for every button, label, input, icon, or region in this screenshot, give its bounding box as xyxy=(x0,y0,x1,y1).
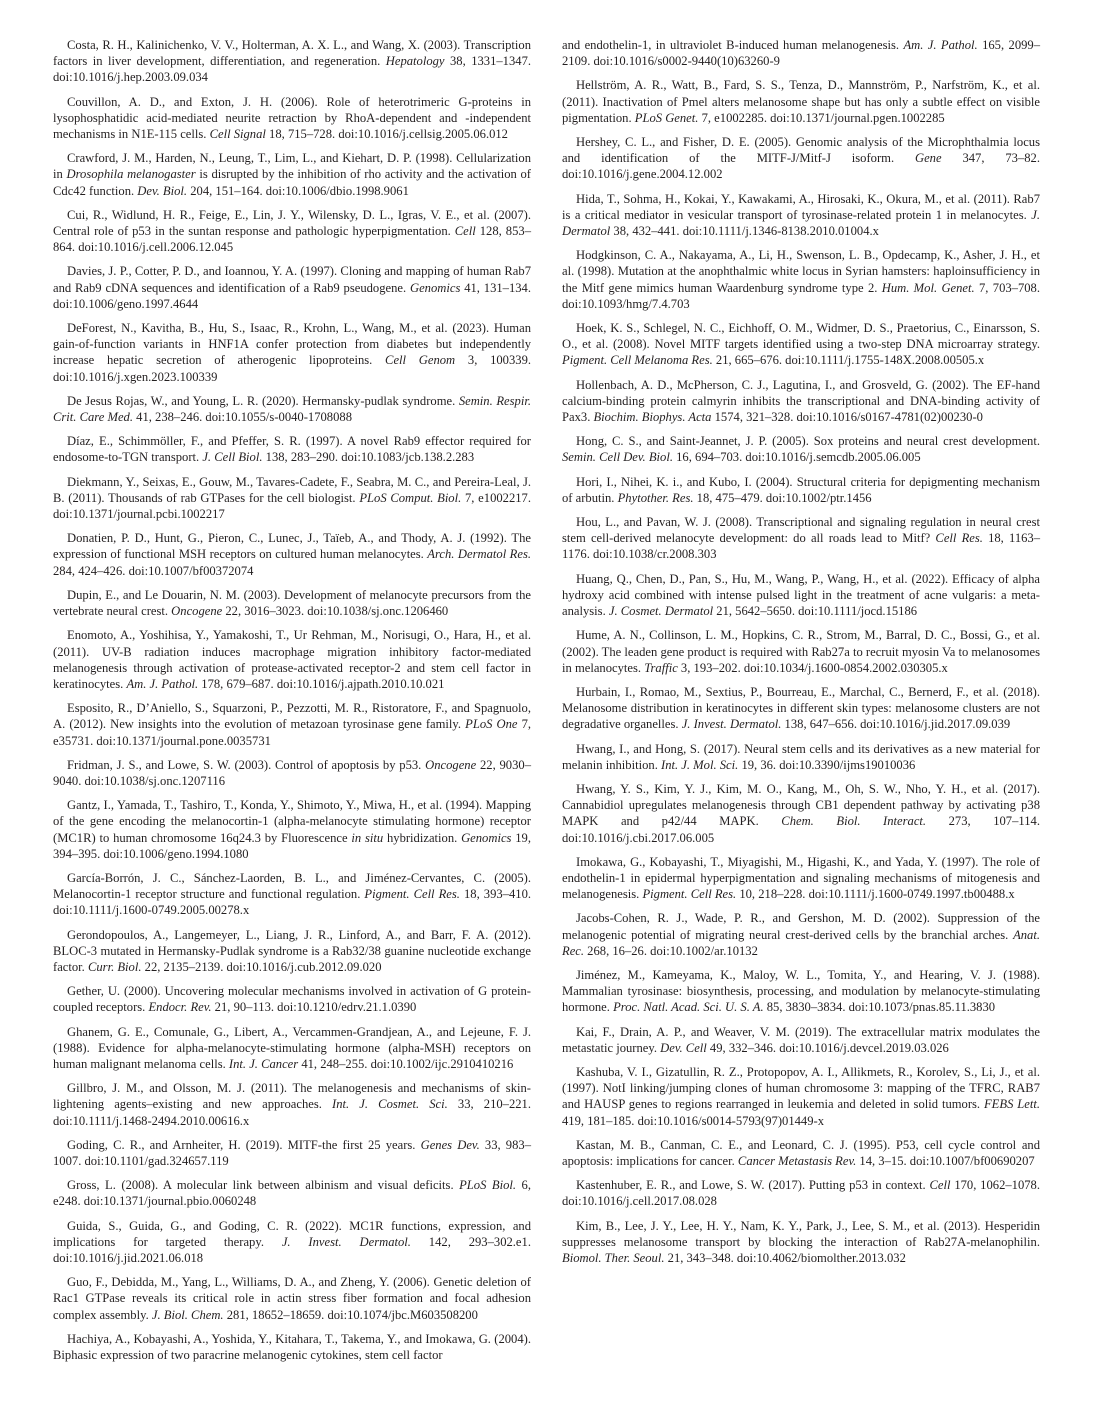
reference-journal: Oncogene xyxy=(171,604,222,618)
reference-volume-doi: 38, 432–441. doi:10.1111/j.1346-8138.201… xyxy=(610,224,879,238)
reference-text: Esposito, R., D’Aniello, S., Squarzoni, … xyxy=(53,701,531,731)
reference-volume-doi: 21, 665–676. doi:10.1111/j.1755-148X.200… xyxy=(713,353,984,367)
reference-entry: Imokawa, G., Kobayashi, T., Miyagishi, M… xyxy=(562,854,1040,903)
reference-entry: Diekmann, Y., Seixas, E., Gouw, M., Tava… xyxy=(53,474,531,523)
reference-text: Hachiya, A., Kobayashi, A., Yoshida, Y.,… xyxy=(53,1332,531,1362)
reference-entry: Hume, A. N., Collinson, L. M., Hopkins, … xyxy=(562,627,1040,676)
reference-volume-doi: 419, 181–185. doi:10.1016/s0014-5793(97)… xyxy=(562,1114,824,1128)
reference-volume-doi: 21, 343–348. doi:10.4062/biomolther.2013… xyxy=(665,1251,906,1265)
reference-entry: and endothelin-1, in ultraviolet B-induc… xyxy=(562,37,1040,69)
reference-entry: Dupin, E., and Le Douarin, N. M. (2003).… xyxy=(53,587,531,619)
reference-journal: Biochim. Biophys. Acta xyxy=(593,410,711,424)
reference-journal: Traffic xyxy=(644,661,678,675)
reference-text: Gross, L. (2008). A molecular link betwe… xyxy=(67,1178,459,1192)
reference-volume-doi: 21, 90–113. doi:10.1210/edrv.21.1.0390 xyxy=(212,1000,417,1014)
reference-italic-term: Drosophila melanogaster xyxy=(67,167,196,181)
reference-journal: Genomics xyxy=(410,281,460,295)
reference-entry: Gerondopoulos, A., Langemeyer, L., Liang… xyxy=(53,927,531,976)
reference-volume-doi: 21, 5642–5650. doi:10.1111/jocd.15186 xyxy=(713,604,917,618)
reference-journal: Arch. Dermatol Res. xyxy=(427,547,531,561)
reference-journal: J. Cell Biol. xyxy=(202,450,262,464)
reference-journal: FEBS Lett. xyxy=(984,1097,1040,1111)
reference-volume-doi: 18, 475–479. doi:10.1002/ptr.1456 xyxy=(694,491,872,505)
reference-volume-doi: 22, 2135–2139. doi:10.1016/j.cub.2012.09… xyxy=(142,960,382,974)
reference-volume-doi: 204, 151–164. doi:10.1006/dbio.1998.9061 xyxy=(187,184,409,198)
reference-journal: Int. J. Cancer xyxy=(229,1057,298,1071)
reference-journal: Gene xyxy=(915,151,942,165)
reference-journal: Pigment. Cell Res. xyxy=(364,887,460,901)
reference-journal: Biomol. Ther. Seoul. xyxy=(562,1251,665,1265)
reference-journal: Cell Genom xyxy=(385,353,455,367)
reference-text: Hida, T., Sohma, H., Kokai, Y., Kawakami… xyxy=(562,192,1040,222)
reference-journal: PLoS One xyxy=(465,717,517,731)
reference-journal: J. Cosmet. Dermatol xyxy=(609,604,713,618)
reference-page: Costa, R. H., Kalinichenko, V. V., Holte… xyxy=(0,0,1100,1411)
reference-journal: Cell Res. xyxy=(935,531,983,545)
reference-journal: Hepatology xyxy=(386,54,445,68)
reference-volume-doi: 10, 218–228. doi:10.1111/j.1600-0749.199… xyxy=(736,887,1014,901)
reference-entry: Hodgkinson, C. A., Nakayama, A., Li, H.,… xyxy=(562,247,1040,312)
reference-journal: Genes Dev. xyxy=(421,1138,480,1152)
reference-entry: Ghanem, G. E., Comunale, G., Libert, A.,… xyxy=(53,1024,531,1073)
reference-volume-doi: 18, 715–728. doi:10.1016/j.cellsig.2005.… xyxy=(266,127,508,141)
reference-journal: Endocr. Rev. xyxy=(148,1000,211,1014)
reference-volume-doi: 19, 36. doi:10.3390/ijms19010036 xyxy=(738,758,915,772)
reference-journal: Chem. Biol. Interact. xyxy=(781,814,926,828)
reference-volume-doi: 284, 424–426. doi:10.1007/bf00372074 xyxy=(53,564,253,578)
reference-journal: Am. J. Pathol. xyxy=(126,677,198,691)
reference-volume-doi: 22, 3016–3023. doi:10.1038/sj.onc.120646… xyxy=(222,604,448,618)
reference-text: Hoek, K. S., Schlegel, N. C., Eichhoff, … xyxy=(562,321,1040,351)
reference-entry: Kastenhuber, E. R., and Lowe, S. W. (201… xyxy=(562,1177,1040,1209)
reference-volume-doi: 49, 332–346. doi:10.1016/j.devcel.2019.0… xyxy=(707,1041,949,1055)
reference-entry: Couvillon, A. D., and Exton, J. H. (2006… xyxy=(53,94,531,143)
reference-entry: Hong, C. S., and Saint-Jeannet, J. P. (2… xyxy=(562,433,1040,465)
reference-entry: Kastan, M. B., Canman, C. E., and Leonar… xyxy=(562,1137,1040,1169)
reference-journal: Genomics xyxy=(461,831,511,845)
reference-volume-doi: 85, 3830–3834. doi:10.1073/pnas.85.11.38… xyxy=(764,1000,995,1014)
reference-volume-doi: 138, 283–290. doi:10.1083/jcb.138.2.283 xyxy=(263,450,475,464)
reference-journal: Hum. Mol. Genet. xyxy=(882,281,975,295)
reference-journal: Phytother. Res. xyxy=(618,491,694,505)
reference-text: Hong, C. S., and Saint-Jeannet, J. P. (2… xyxy=(576,434,1040,448)
reference-entry: Crawford, J. M., Harden, N., Leung, T., … xyxy=(53,150,531,199)
reference-journal: Dev. Cell xyxy=(660,1041,707,1055)
references-right-column: and endothelin-1, in ultraviolet B-induc… xyxy=(562,37,1040,1274)
reference-entry: Esposito, R., D’Aniello, S., Squarzoni, … xyxy=(53,700,531,749)
reference-entry: Gross, L. (2008). A molecular link betwe… xyxy=(53,1177,531,1209)
reference-entry: García-Borrón, J. C., Sánchez-Laorden, B… xyxy=(53,870,531,919)
reference-journal: Cell xyxy=(930,1178,951,1192)
reference-entry: De Jesus Rojas, W., and Young, L. R. (20… xyxy=(53,393,531,425)
reference-journal: Dev. Biol. xyxy=(137,184,187,198)
reference-entry: Fridman, J. S., and Lowe, S. W. (2003). … xyxy=(53,757,531,789)
reference-text: hybridization. xyxy=(383,831,461,845)
reference-journal: Cell Signal xyxy=(210,127,266,141)
reference-entry: Hori, I., Nihei, K. i., and Kubo, I. (20… xyxy=(562,474,1040,506)
reference-journal: Pigment. Cell Res. xyxy=(642,887,736,901)
reference-entry: Hachiya, A., Kobayashi, A., Yoshida, Y.,… xyxy=(53,1331,531,1363)
reference-journal: Oncogene xyxy=(425,758,476,772)
reference-text: De Jesus Rojas, W., and Young, L. R. (20… xyxy=(67,394,459,408)
reference-text: Jacobs-Cohen, R. J., Wade, P. R., and Ge… xyxy=(562,911,1040,941)
reference-text: Kashuba, V. I., Gizatullin, R. Z., Proto… xyxy=(562,1065,1040,1111)
reference-text: Fridman, J. S., and Lowe, S. W. (2003). … xyxy=(67,758,425,772)
reference-entry: Guida, S., Guida, G., and Goding, C. R. … xyxy=(53,1218,531,1267)
reference-journal: Int. J. Cosmet. Sci. xyxy=(332,1097,448,1111)
reference-entry: Díaz, E., Schimmöller, F., and Pfeffer, … xyxy=(53,433,531,465)
reference-journal: Cancer Metastasis Rev. xyxy=(738,1154,856,1168)
reference-entry: Goding, C. R., and Arnheiter, H. (2019).… xyxy=(53,1137,531,1169)
reference-journal: Curr. Biol. xyxy=(88,960,142,974)
reference-entry: Gether, U. (2000). Uncovering molecular … xyxy=(53,983,531,1015)
reference-entry: Hwang, Y. S., Kim, Y. J., Kim, M. O., Ka… xyxy=(562,781,1040,846)
reference-volume-doi: 3, 193–202. doi:10.1034/j.1600-0854.2002… xyxy=(678,661,948,675)
reference-volume-doi: 14, 3–15. doi:10.1007/bf00690207 xyxy=(856,1154,1034,1168)
reference-journal: PLoS Genet. xyxy=(635,111,699,125)
reference-text: Kim, B., Lee, J. Y., Lee, H. Y., Nam, K.… xyxy=(562,1219,1040,1249)
reference-journal: Pigment. Cell Melanoma Res. xyxy=(562,353,713,367)
reference-journal: PLoS Comput. Biol. xyxy=(359,491,461,505)
reference-volume-doi: 178, 679–687. doi:10.1016/j.ajpath.2010.… xyxy=(198,677,444,691)
reference-entry: Hellström, A. R., Watt, B., Fard, S. S.,… xyxy=(562,77,1040,126)
reference-volume-doi: 1574, 321–328. doi:10.1016/s0167-4781(02… xyxy=(711,410,982,424)
reference-entry: Huang, Q., Chen, D., Pan, S., Hu, M., Wa… xyxy=(562,571,1040,620)
reference-journal: J. Invest. Dermatol. xyxy=(282,1235,411,1249)
reference-entry: Hida, T., Sohma, H., Kokai, Y., Kawakami… xyxy=(562,191,1040,240)
reference-volume-doi: 41, 248–255. doi:10.1002/ijc.2910410216 xyxy=(298,1057,513,1071)
reference-entry: Jacobs-Cohen, R. J., Wade, P. R., and Ge… xyxy=(562,910,1040,959)
reference-italic-term: in situ xyxy=(351,831,383,845)
reference-entry: Enomoto, A., Yoshihisa, Y., Yamakoshi, T… xyxy=(53,627,531,692)
reference-journal: Proc. Natl. Acad. Sci. U. S. A. xyxy=(613,1000,764,1014)
reference-entry: Cui, R., Widlund, H. R., Feige, E., Lin,… xyxy=(53,207,531,256)
reference-text: and endothelin-1, in ultraviolet B-induc… xyxy=(562,38,903,52)
reference-volume-doi: 281, 18652–18659. doi:10.1074/jbc.M60350… xyxy=(224,1308,478,1322)
reference-journal: J. Biol. Chem. xyxy=(152,1308,224,1322)
reference-entry: Hershey, C. L., and Fisher, D. E. (2005)… xyxy=(562,134,1040,183)
reference-text: Kastenhuber, E. R., and Lowe, S. W. (201… xyxy=(576,1178,930,1192)
reference-entry: Gantz, I., Yamada, T., Tashiro, T., Kond… xyxy=(53,797,531,862)
reference-entry: Kai, F., Drain, A. P., and Weaver, V. M.… xyxy=(562,1024,1040,1056)
reference-entry: Jiménez, M., Kameyama, K., Maloy, W. L.,… xyxy=(562,967,1040,1016)
reference-volume-doi: 268, 16–26. doi:10.1002/ar.10132 xyxy=(584,944,758,958)
reference-entry: Kim, B., Lee, J. Y., Lee, H. Y., Nam, K.… xyxy=(562,1218,1040,1267)
reference-volume-doi: 138, 647–656. doi:10.1016/j.jid.2017.09.… xyxy=(781,717,1010,731)
reference-entry: Hou, L., and Pavan, W. J. (2008). Transc… xyxy=(562,514,1040,563)
reference-volume-doi: 7, e1002285. doi:10.1371/journal.pgen.10… xyxy=(698,111,944,125)
reference-entry: Hoek, K. S., Schlegel, N. C., Eichhoff, … xyxy=(562,320,1040,369)
reference-text: Goding, C. R., and Arnheiter, H. (2019).… xyxy=(67,1138,421,1152)
reference-journal: Am. J. Pathol. xyxy=(903,38,977,52)
reference-entry: Hollenbach, A. D., McPherson, C. J., Lag… xyxy=(562,377,1040,426)
reference-entry: DeForest, N., Kavitha, B., Hu, S., Isaac… xyxy=(53,320,531,385)
references-left-column: Costa, R. H., Kalinichenko, V. V., Holte… xyxy=(53,37,531,1371)
reference-volume-doi: 16, 694–703. doi:10.1016/j.semcdb.2005.0… xyxy=(673,450,921,464)
reference-entry: Hurbain, I., Romao, M., Sextius, P., Bou… xyxy=(562,684,1040,733)
reference-entry: Hwang, I., and Hong, S. (2017). Neural s… xyxy=(562,741,1040,773)
reference-volume-doi: 41, 238–246. doi:10.1055/s-0040-1708088 xyxy=(133,410,352,424)
reference-journal: Int. J. Mol. Sci. xyxy=(661,758,738,772)
reference-entry: Donatien, P. D., Hunt, G., Pieron, C., L… xyxy=(53,530,531,579)
reference-journal: Semin. Cell Dev. Biol. xyxy=(562,450,673,464)
reference-entry: Kashuba, V. I., Gizatullin, R. Z., Proto… xyxy=(562,1064,1040,1129)
reference-journal: Cell xyxy=(455,224,476,238)
reference-entry: Guo, F., Debidda, M., Yang, L., Williams… xyxy=(53,1274,531,1323)
reference-entry: Costa, R. H., Kalinichenko, V. V., Holte… xyxy=(53,37,531,86)
reference-journal: PLoS Biol. xyxy=(459,1178,516,1192)
reference-journal: J. Invest. Dermatol. xyxy=(682,717,782,731)
reference-entry: Davies, J. P., Cotter, P. D., and Ioanno… xyxy=(53,263,531,312)
reference-entry: Gillbro, J. M., and Olsson, M. J. (2011)… xyxy=(53,1080,531,1129)
